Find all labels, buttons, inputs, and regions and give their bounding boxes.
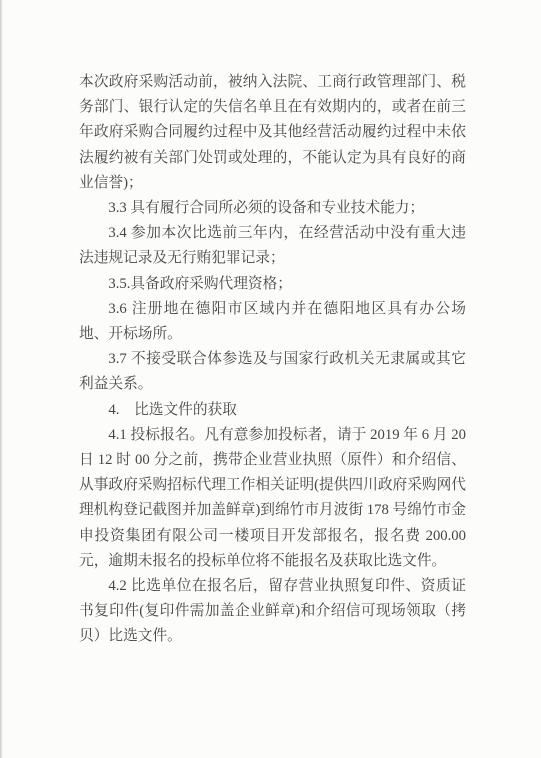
document-body: 本次政府采购活动前，被纳入法院、工商行政管理部门、税务部门、银行认定的失信名单且… bbox=[79, 70, 466, 650]
scan-edge-shadow bbox=[0, 0, 3, 758]
paragraph-business-reputation-continuation: 本次政府采购活动前，被纳入法院、工商行政管理部门、税务部门、银行认定的失信名单且… bbox=[79, 70, 466, 196]
clause-3-4: 3.4 参加本次比选前三年内，在经营活动中没有重大违法违规记录及无行贿犯罪记录； bbox=[79, 221, 466, 271]
clause-3-6: 3.6 注册地在德阳市区域内并在德阳地区具有办公场地、开标场所。 bbox=[79, 297, 466, 347]
clause-3-5: 3.5.具备政府采购代理资格； bbox=[79, 272, 466, 297]
clause-3-3: 3.3 具有履行合同所必须的设备和专业技术能力； bbox=[79, 196, 466, 221]
clause-3-7: 3.7 不接受联合体参选及与国家行政机关无隶属或其它利益关系。 bbox=[79, 347, 466, 397]
section-4-heading: 4. 比选文件的获取 bbox=[79, 398, 466, 423]
scanned-document-page: 本次政府采购活动前，被纳入法院、工商行政管理部门、税务部门、银行认定的失信名单且… bbox=[0, 0, 541, 758]
clause-4-2: 4.2 比选单位在报名后，留存营业执照复印件、资质证书复印件(复印件需加盖企业鲜… bbox=[79, 574, 466, 650]
clause-4-1: 4.1 投标报名。凡有意参加投标者，请于 2019 年 6 月 20 日 12 … bbox=[79, 423, 466, 574]
